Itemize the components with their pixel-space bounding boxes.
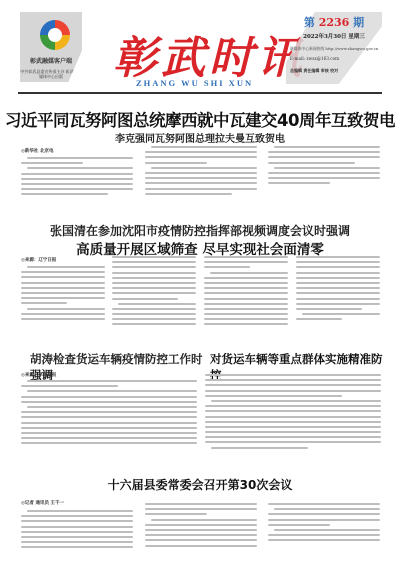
newspaper-page: 彰武融媒客户端 中共彰武县委宣传部主办 彰武县融媒体中心出版 彰武时讯 ZHAN… [0, 0, 400, 567]
issue-info: 第 2236 期 2022年3月30日 星期三 融媒体中心新闻热线 http:/… [286, 12, 382, 84]
article-3-col-2 [205, 374, 381, 452]
byline-2: ◎来源：辽宁日报 [21, 257, 56, 263]
headline-1: 习近平同瓦努阿图总统摩西就中瓦建交40周年互致贺电 [0, 107, 400, 131]
staff-credits: 总编辑 责任编辑 审核 校对 [290, 68, 338, 73]
byline-4: ◎记者 通讯员 王千一 [21, 500, 64, 506]
issue-date: 2022年3月30日 星期三 [286, 32, 382, 40]
email: E-mail: zwsx@163.com [290, 56, 339, 61]
article-1-col-3 [268, 146, 380, 188]
logo-org: 中共彰武县委宣传部主办 彰武县融媒体中心出版 [20, 69, 82, 79]
newspaper-title-pinyin: ZHANG WU SHI XUN [136, 78, 253, 88]
subheadline-1: 李克强同瓦努阿图总理拉夫曼互致贺电 [0, 130, 400, 145]
article-2-col-1 [21, 266, 105, 323]
masthead-rule [18, 92, 382, 94]
article-4-col-2 [145, 503, 257, 550]
article-2-col-3 [204, 256, 288, 329]
article-2-col-2 [112, 256, 196, 329]
article-1-col-1 [21, 157, 133, 199]
kicker-2: 张国清在参加沈阳市疫情防控指挥部视频调度会议时强调 [0, 222, 400, 239]
logo-name: 彰武融媒客户端 [20, 56, 82, 65]
headline-3-left: 胡涛检查货运车辆疫情防控工作时强调 [30, 351, 210, 383]
headline-4: 十六届县委常委会召开第30次会议 [0, 476, 400, 493]
article-4-col-1 [21, 510, 133, 552]
media-logo: 彰武融媒客户端 中共彰武县委宣传部主办 彰武县融媒体中心出版 [20, 12, 82, 82]
byline-3: ◎来源：阜新日报 [21, 372, 56, 378]
article-1-col-2 [145, 146, 257, 198]
article-2-col-4 [296, 256, 380, 323]
byline-1: ◎新华社 北京电 [21, 148, 54, 154]
headline-2: 高质量开展区域筛查 尽早实现社会面清零 [0, 238, 400, 258]
article-4-col-3 [268, 503, 380, 545]
issue-number: 第 2236 期 [286, 14, 382, 30]
masthead: 彰武融媒客户端 中共彰武县委宣传部主办 彰武县融媒体中心出版 彰武时讯 ZHAN… [18, 8, 382, 90]
website: 融媒体中心新闻热线 http://www.zhangwu.gov.cn [290, 46, 378, 52]
newspaper-title: 彰武时讯 [113, 22, 305, 86]
app-logo-icon [40, 20, 70, 50]
article-3-col-1 [21, 380, 197, 447]
